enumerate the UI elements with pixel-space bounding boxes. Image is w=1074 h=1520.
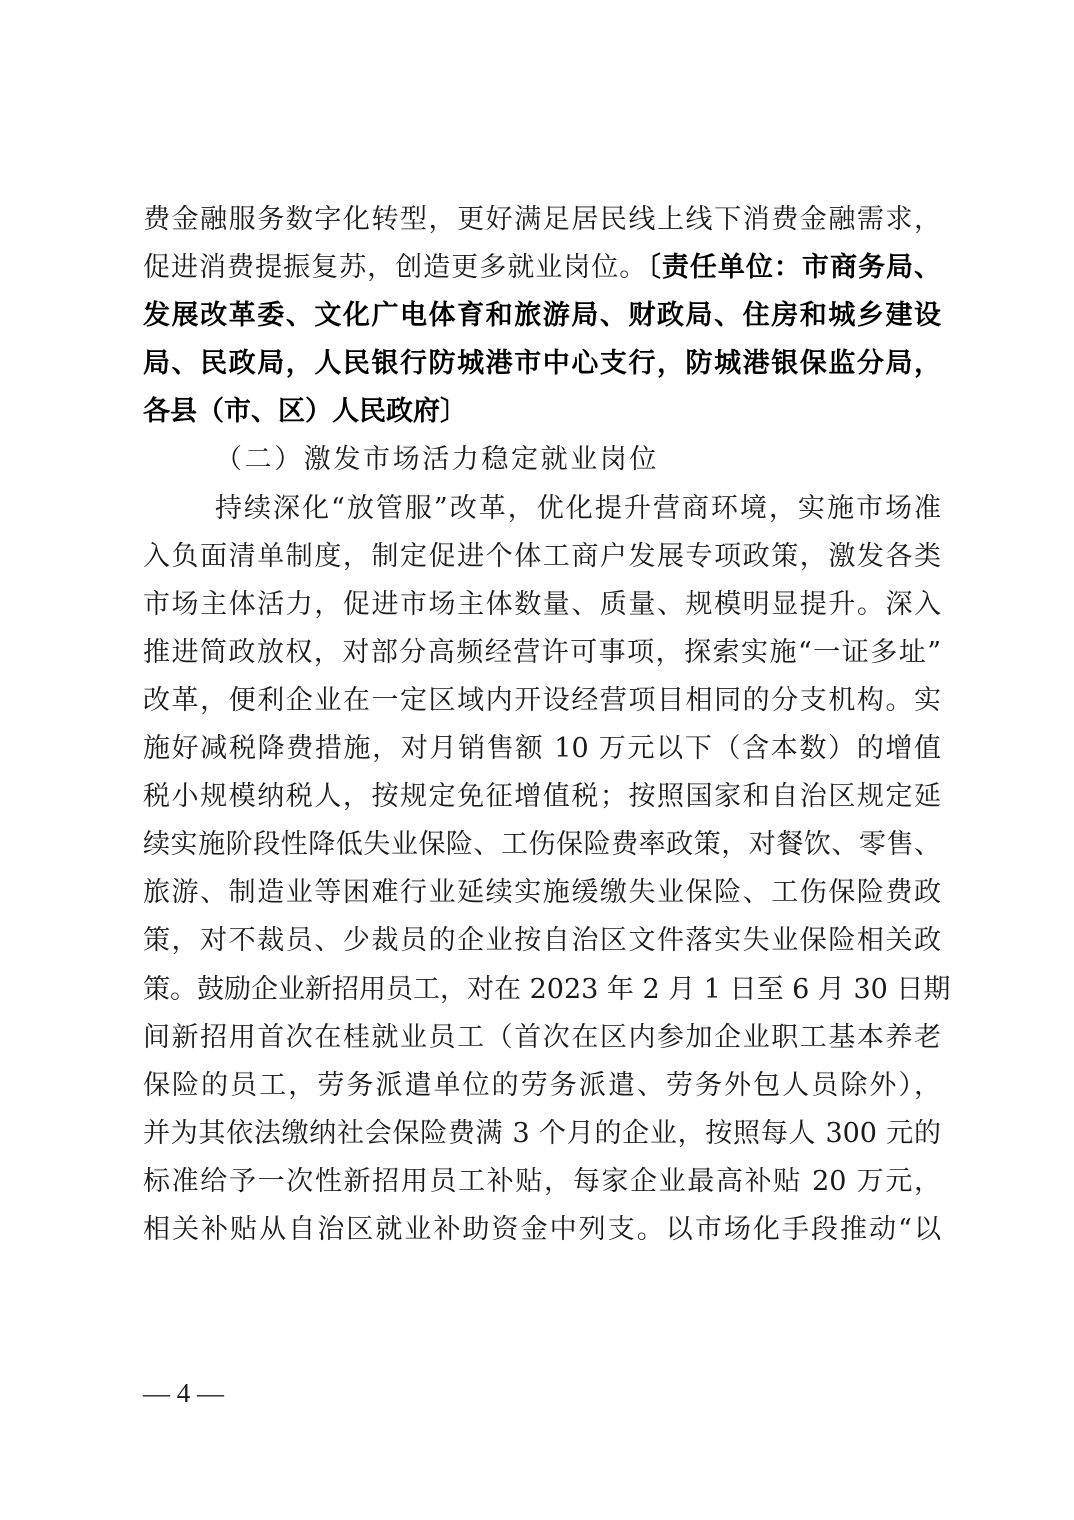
text-line: 费金融服务数字化转型，更好满足居民线上线下消费金融需求，: [143, 196, 941, 244]
text-line: 并为其依法缴纳社会保险费满 3 个月的企业，按照每人 300 元的: [143, 1110, 941, 1158]
text-line: 持续深化“放管服”改革，优化提升营商环境，实施市场准: [143, 485, 941, 533]
text-line: 局、民政局，人民银行防城港市中心支行，防城港银保监分局，: [143, 340, 941, 388]
responsible-units-text: 〔责任单位：市商务局、: [647, 252, 941, 283]
text-line: 改革，便利企业在一定区域内开设经营项目相同的分支机构。实: [143, 677, 941, 725]
section-heading: （二）激发市场活力稳定就业岗位: [143, 436, 941, 484]
text-line: 各县（市、区）人民政府〕: [143, 388, 941, 436]
text-line: 旅游、制造业等困难行业延续实施缓缴失业保险、工伤保险费政: [143, 869, 941, 917]
text-line: 促进消费提振复苏，创造更多就业岗位。〔责任单位：市商务局、: [143, 244, 941, 292]
page-number: — 4 —: [143, 1378, 224, 1408]
responsible-units-text: 发展改革委、文化广电体育和旅游局、财政局、住房和城乡建设: [143, 300, 941, 331]
paragraph-consumer-finance: 费金融服务数字化转型，更好满足居民线上线下消费金融需求， 促进消费提振复苏，创造…: [143, 196, 943, 436]
text-line: 间新招用首次在桂就业员工（首次在区内参加企业职工基本养老: [143, 1014, 941, 1062]
text-line: 施好减税降费措施，对月销售额 10 万元以下（含本数）的增值: [143, 725, 941, 773]
document-page: 费金融服务数字化转型，更好满足居民线上线下消费金融需求， 促进消费提振复苏，创造…: [0, 0, 1074, 1520]
responsible-units-text: 局、民政局，人民银行防城港市中心支行，防城港银保监分局，: [143, 348, 941, 379]
text-line: 策，对不裁员、少裁员的企业按自治区文件落实失业保险相关政: [143, 917, 941, 965]
text-line: 入负面清单制度，制定促进个体工商户发展专项政策，激发各类: [143, 533, 941, 581]
text-line: 续实施阶段性降低失业保险、工伤保险费率政策，对餐饮、零售、: [143, 821, 941, 869]
text-run: 费金融服务数字化转型，更好满足居民线上线下消费金融需求，: [143, 204, 941, 235]
paragraph-market-vitality: 持续深化“放管服”改革，优化提升营商环境，实施市场准 入负面清单制度，制定促进个…: [143, 485, 943, 1255]
text-line: 发展改革委、文化广电体育和旅游局、财政局、住房和城乡建设: [143, 292, 941, 340]
responsible-units-text: 各县（市、区）人民政府〕: [143, 396, 467, 427]
text-line: 标准给予一次性新招用员工补贴，每家企业最高补贴 20 万元，: [143, 1158, 941, 1206]
text-line: 市场主体活力，促进市场主体数量、质量、规模明显提升。深入: [143, 581, 941, 629]
text-line: 相关补贴从自治区就业补助资金中列支。以市场化手段推动“以: [143, 1206, 941, 1254]
text-line: 策。鼓励企业新招用员工，对在 2023 年 2 月 1 日至 6 月 30 日期: [143, 966, 941, 1014]
body-text: 费金融服务数字化转型，更好满足居民线上线下消费金融需求， 促进消费提振复苏，创造…: [143, 196, 943, 1254]
text-run: 促进消费提振复苏，创造更多就业岗位。: [143, 252, 647, 283]
text-line: 税小规模纳税人，按规定免征增值税；按照国家和自治区规定延: [143, 773, 941, 821]
text-line: 保险的员工，劳务派遣单位的劳务派遣、劳务外包人员除外），: [143, 1062, 941, 1110]
text-line: 推进简政放权，对部分高频经营许可事项，探索实施“一证多址”: [143, 629, 941, 677]
